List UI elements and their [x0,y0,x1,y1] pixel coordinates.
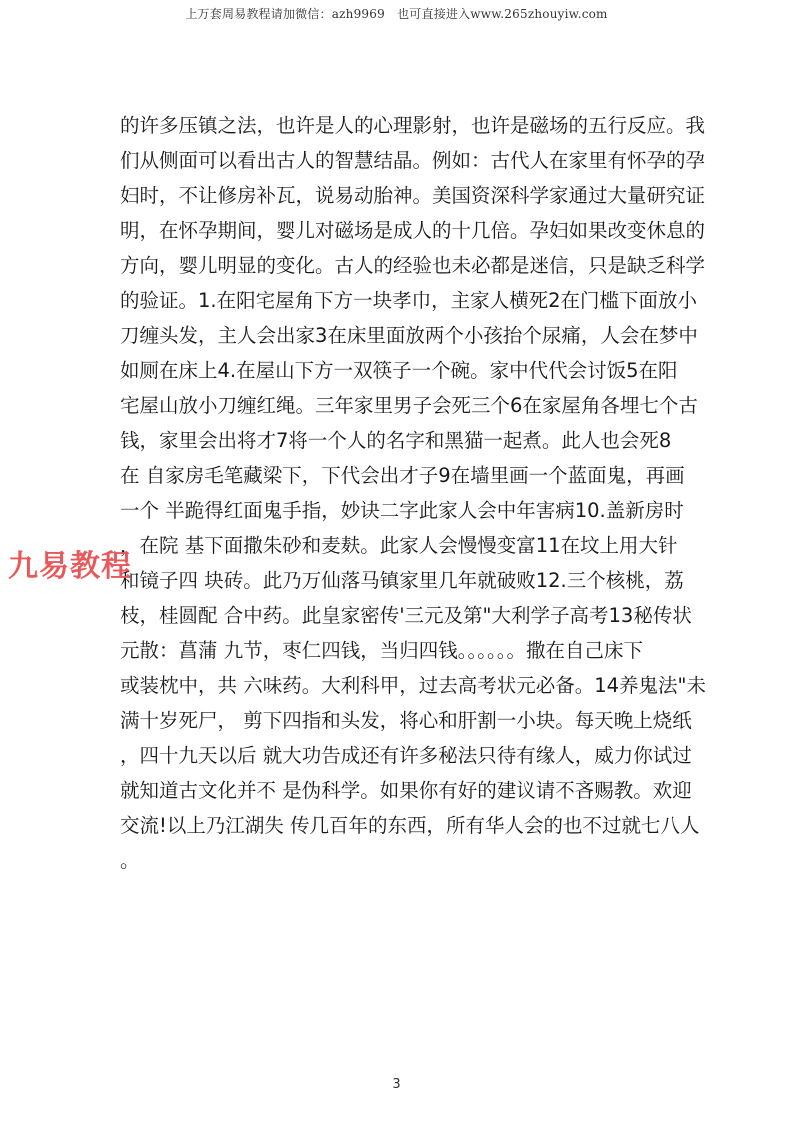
text-line: 的验证。1.在阳宅屋角下方一块孝巾，主家人横死2在门槛下面放小 [120,283,680,318]
page-header-banner: 上万套周易教程请加微信：azh9969 也可直接进入www.265zhouyiw… [0,5,793,22]
text-line: 或装枕中，共 六味药。大利科甲，过去高考状元必备。14养鬼法"未 [120,668,680,703]
document-body: 的许多压镇之法，也许是人的心理影射，也许是磁场的五行反应。我 们从侧面可以看出古… [120,108,680,878]
text-line: 妇时，不让修房补瓦，说易动胎神。美国资深科学家通过大量研究证 [120,178,680,213]
text-line: ，四十九天以后 就大功告成还有许多秘法只待有缘人，威力你试过 [120,738,680,773]
text-line: 枝，桂圆配 合中药。此皇家密传'三元及第"大利学子高考13秘传状 [120,598,680,633]
page-number: 3 [0,1077,793,1092]
text-line: 宅屋山放小刀缠红绳。三年家里男子会死三个6在家屋角各埋七个古 [120,388,680,423]
text-line: 元散：菖蒲 九节，枣仁四钱，当归四钱。。。。。。撒在自己床下 [120,633,680,668]
text-line: 钱，家里会出将才7将一个人的名字和黑猫一起煮。此人也会死8 [120,423,680,458]
watermark-logo: 九易教程 [8,541,132,585]
text-line: 满十岁死尸， 剪下四指和头发，将心和肝割一小块。每天晚上烧纸 [120,703,680,738]
text-line: 方向，婴儿明显的变化。古人的经验也未必都是迷信，只是缺乏科学 [120,248,680,283]
text-line: 就知道古文化并不 是伪科学。如果你有好的建议请不吝赐教。欢迎 [120,773,680,808]
text-line: 交流!以上乃江湖失 传几百年的东西，所有华人会的也不过就七八人 [120,808,680,843]
text-line: 在 自家房毛笔藏梁下，下代会出才子9在墙里画一个蓝面鬼，再画 [120,458,680,493]
text-line: 明，在怀孕期间，婴儿对磁场是成人的十几倍。孕妇如果改变休息的 [120,213,680,248]
text-line: 如厕在床上4.在屋山下方一双筷子一个碗。家中代代会讨饭5在阳 [120,353,680,388]
text-line: 刀缠头发，主人会出家3在床里面放两个小孩抬个尿痛，人会在梦中 [120,318,680,353]
text-line: 们从侧面可以看出古人的智慧结晶。例如：古代人在家里有怀孕的孕 [120,143,680,178]
text-line: 。 [120,843,680,878]
text-line: 一个 半跪得红面鬼手指，妙诀二字此家人会中年害病10.盖新房时 [120,493,680,528]
text-line: ，在院 基下面撒朱砂和麦麸。此家人会慢慢变富11在坟上用大针 [120,528,680,563]
text-line: 和镜子四 块砖。此乃万仙落马镇家里几年就破败12.三个核桃，荔 [120,563,680,598]
text-line: 的许多压镇之法，也许是人的心理影射，也许是磁场的五行反应。我 [120,108,680,143]
